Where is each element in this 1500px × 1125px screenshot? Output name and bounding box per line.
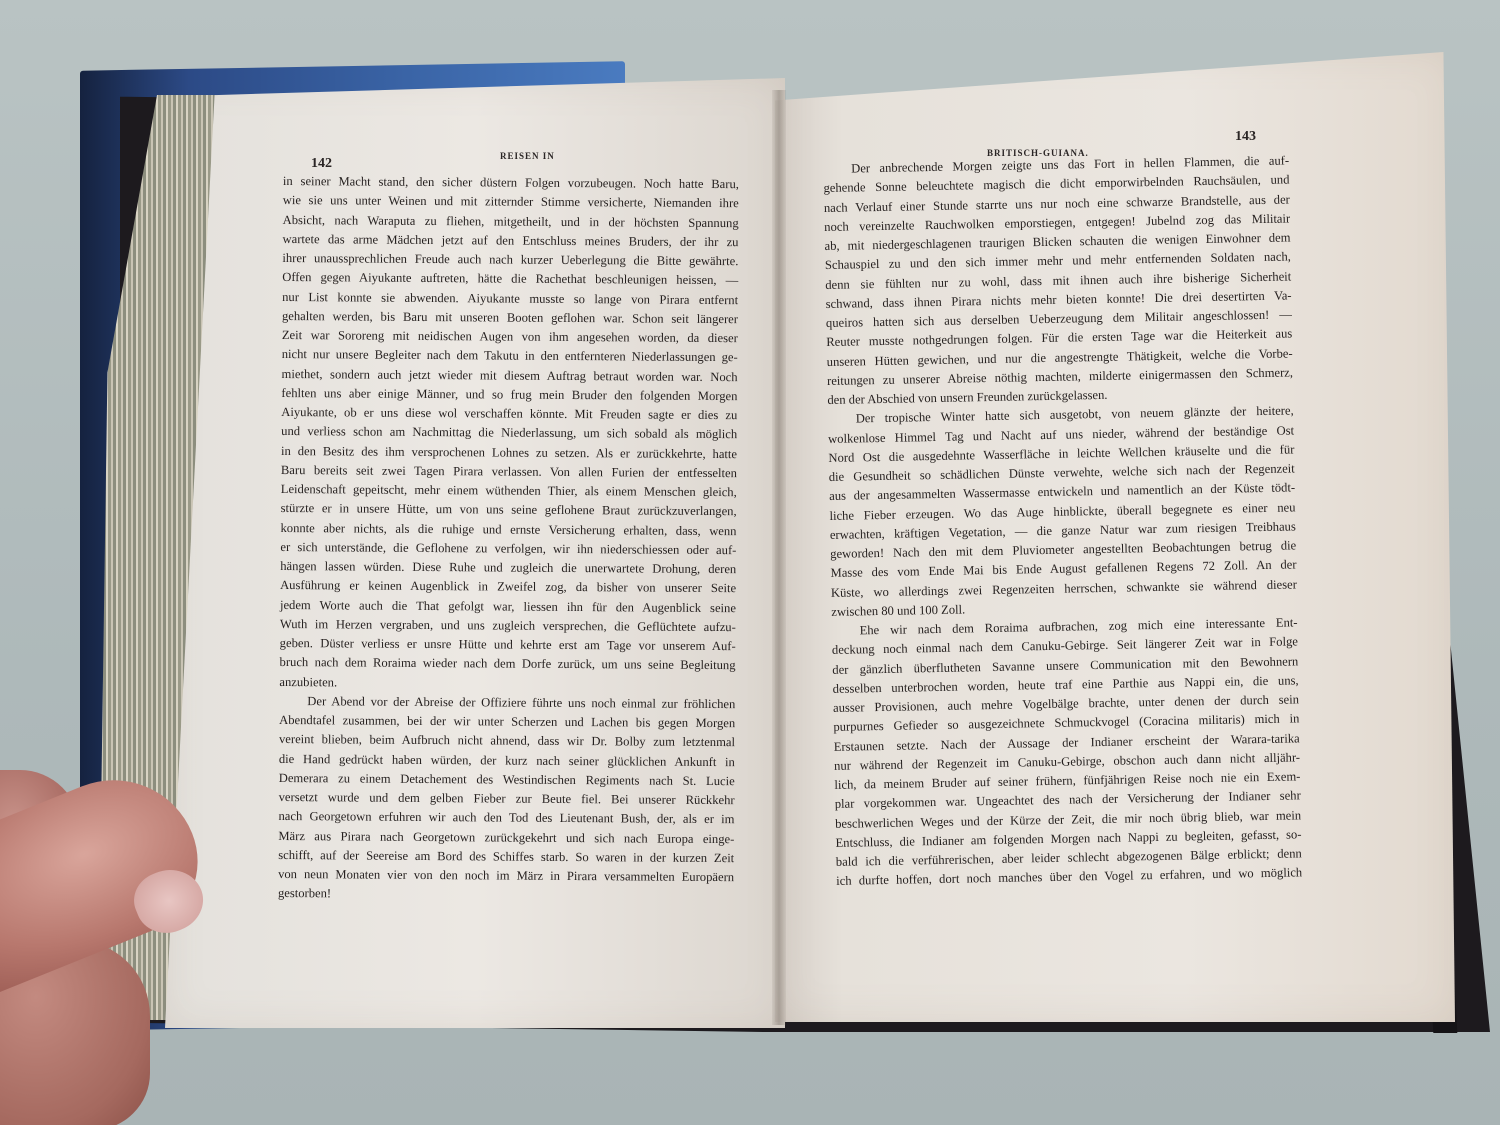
text-line: Offen gegen Aiyukante auftreten, hätte d…	[282, 268, 738, 290]
text-line: Ausführung er keinen Augenblick in Zweif…	[280, 576, 736, 598]
right-page-number: 143	[1235, 129, 1256, 145]
right-page-body: Der anbrechende Morgen zeigte uns das Fo…	[823, 151, 1302, 891]
text-line: nicht nur unsere Begleiter nach dem Taku…	[282, 345, 738, 367]
text-line: vereint blieben, beim Aufbruch nicht ahn…	[279, 730, 735, 752]
text-line: wie sie uns unter Weinen und mit zittern…	[283, 191, 739, 213]
text-line: gestorben!	[278, 884, 734, 906]
text-line: nach Georgetown erfuhren wir auch den To…	[278, 807, 734, 829]
book-gutter	[772, 90, 786, 1025]
text-line: stürzte er in unsere Hütte, um von uns s…	[281, 499, 737, 521]
text-line: bruch nach dem Roraima wieder nach dem D…	[280, 653, 736, 675]
photo-scene: 142 REISEN IN 143 BRITISCH-GUIANA. in se…	[0, 0, 1500, 1125]
left-page-number: 142	[311, 156, 332, 172]
text-line: und verliess schon am Nachmittag die Nie…	[281, 422, 737, 444]
text-line: von neun Monaten vier von den noch im Mä…	[278, 865, 734, 887]
left-page-body: in seiner Macht stand, den sicher düster…	[278, 172, 739, 907]
left-running-head: REISEN IN	[500, 151, 555, 161]
